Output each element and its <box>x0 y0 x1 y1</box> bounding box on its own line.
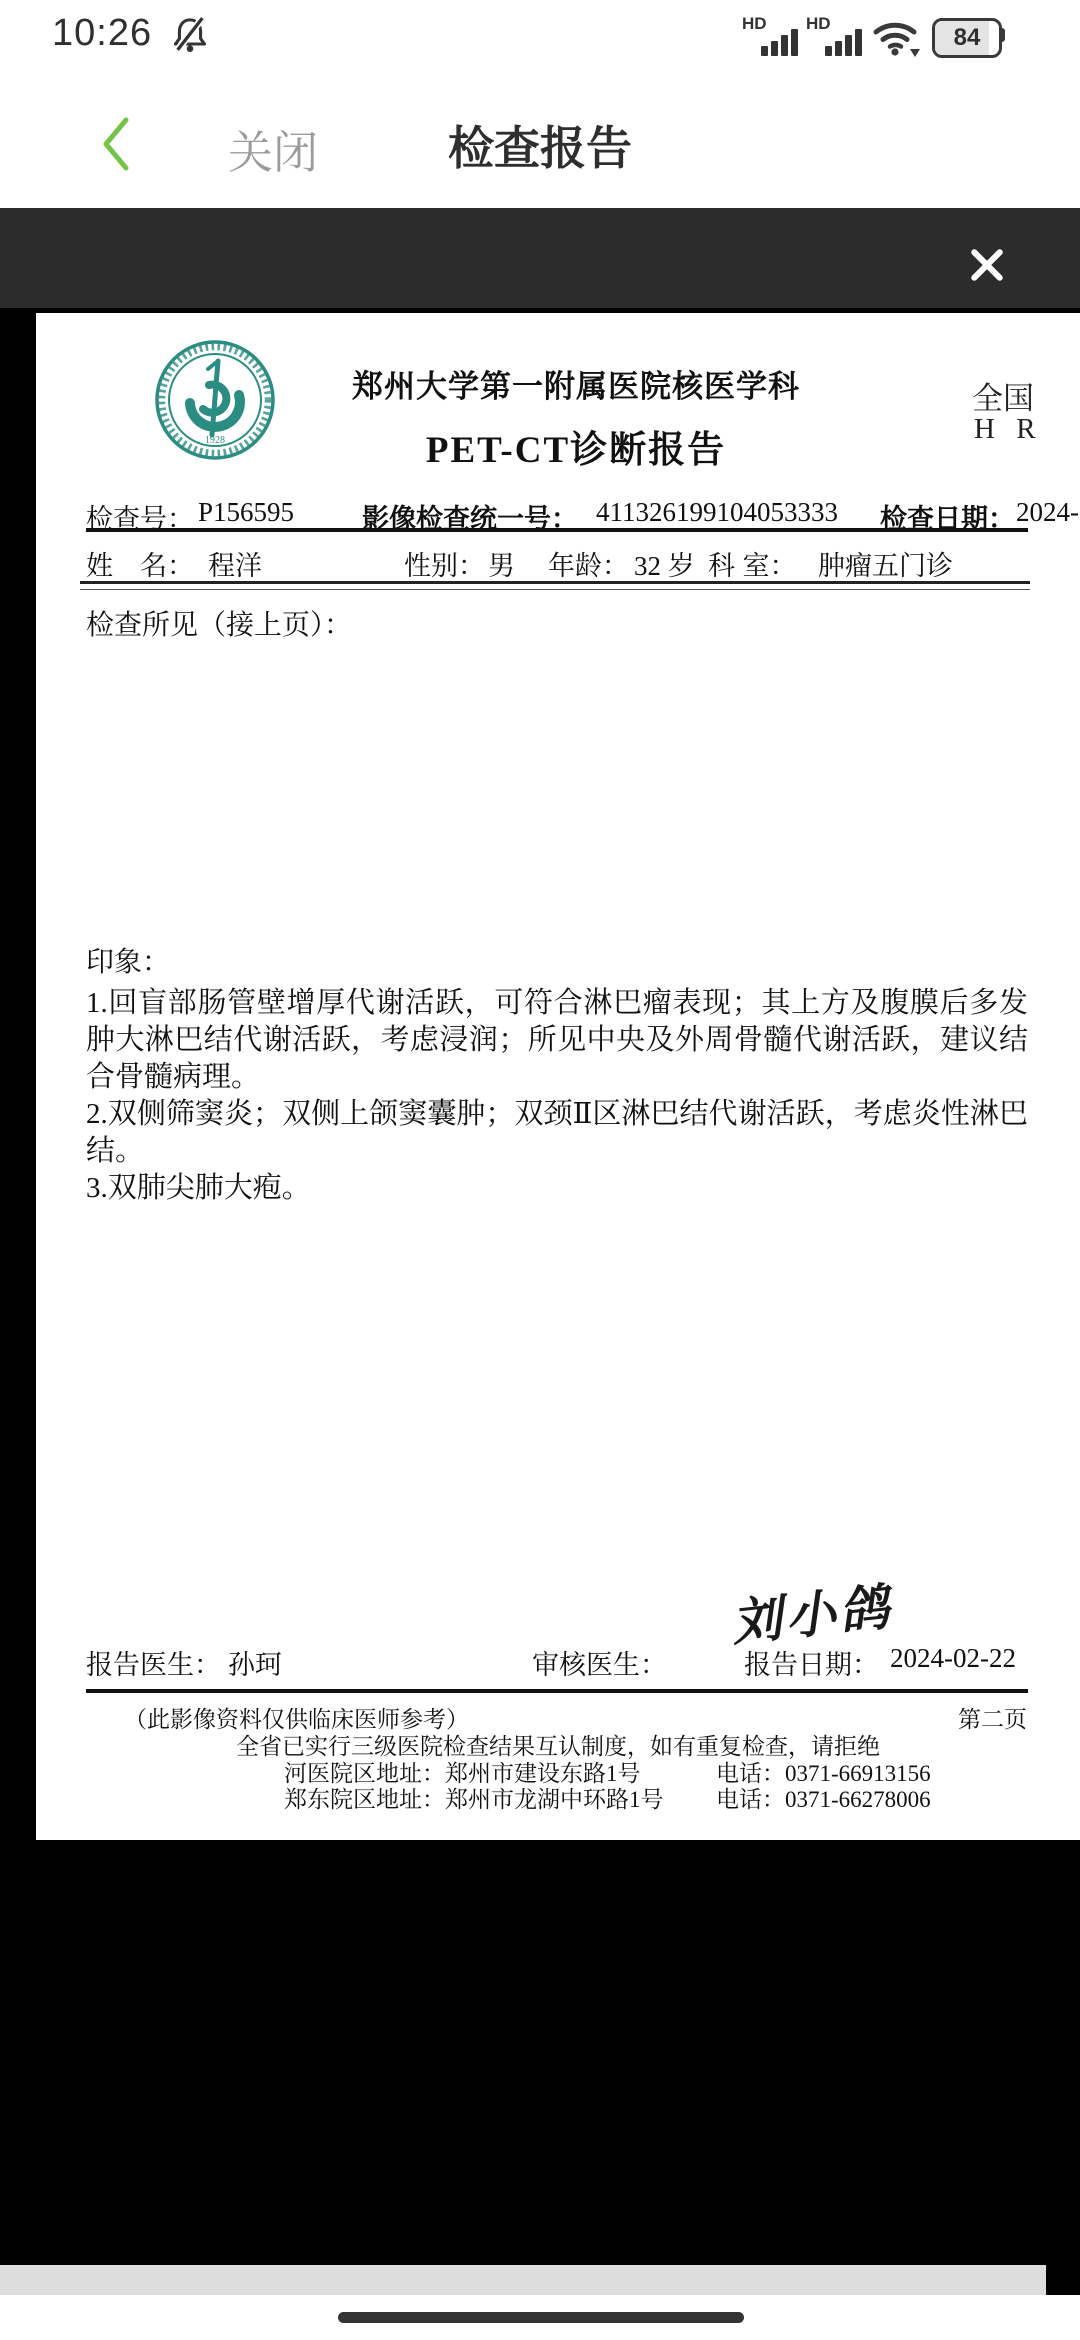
review-doctor-label: 审核医生： <box>532 1643 667 1682</box>
cell-signal-icon: HD <box>806 16 864 58</box>
dept-label: 科 室： <box>708 544 797 583</box>
report-date-value: 2024-02-22 <box>890 1643 1016 1674</box>
close-x-icon[interactable] <box>962 240 1010 288</box>
stamp-line2: H R <box>974 413 1043 446</box>
image-no-value: 411326199104053333 <box>596 497 838 528</box>
report-header-title: 郑州大学第一附属医院核医学科 PET-CT诊断报告 <box>336 361 816 473</box>
gender-value: 男 <box>488 544 515 583</box>
impression-item: 3.双肺尖肺大疱。 <box>86 1170 1028 1207</box>
battery-icon: 84 <box>932 18 1002 58</box>
wifi-icon <box>872 18 920 58</box>
hospital-name: 郑州大学第一附属医院核医学科 <box>336 361 816 406</box>
dept-value: 肿瘤五门诊 <box>818 544 953 583</box>
viewer-bottom-strip <box>0 2265 1046 2295</box>
findings-label: 检查所见（接上页）： <box>86 603 352 643</box>
image-viewer-toolbar <box>0 208 1080 308</box>
rule-thick-2 <box>86 1689 1028 1693</box>
hospital-logo: 1928 <box>154 339 276 461</box>
age-value: 32 岁 <box>634 544 695 583</box>
impression-item: 2.双侧筛窦炎；双侧上颌窦囊肿；双颈Ⅱ区淋巴结代谢活跃，考虑炎性淋巴结。 <box>86 1096 1028 1170</box>
page-title: 检查报告 <box>0 112 1080 178</box>
gender-label: 性别： <box>404 544 485 583</box>
age-label: 年龄： <box>548 544 629 583</box>
report-document[interactable]: 1928 郑州大学第一附属医院核医学科 PET-CT诊断报告 全国 H R 检查… <box>36 313 1080 1840</box>
report-doctor-label: 报告医生： <box>86 1643 221 1682</box>
footer-address-2: 郑东院区地址：郑州市龙湖中环路1号 <box>284 1781 664 1814</box>
name-value: 程洋 <box>208 544 262 583</box>
cell-signal-icon: HD <box>742 16 800 58</box>
impression-label: 印象： <box>86 940 170 980</box>
exam-date-value: 2024-02-22 <box>1016 497 1080 528</box>
battery-nub <box>1000 28 1005 42</box>
report-doctor-name: 孙珂 <box>228 1643 282 1682</box>
impression-item: 1.回盲部肠管壁增厚代谢活跃，可符合淋巴瘤表现；其上方及腹膜后多发肿大淋巴结代谢… <box>86 985 1028 1096</box>
exam-no-value: P156595 <box>198 497 294 528</box>
bell-slash-icon <box>170 14 210 54</box>
clock: 10:26 <box>52 12 152 55</box>
footer-tel-2: 电话：0371-66278006 <box>716 1781 931 1814</box>
name-label: 姓 名： <box>86 544 194 583</box>
rule-double-top <box>80 581 1030 584</box>
handwritten-signature: 刘小鸽 <box>728 1567 897 1656</box>
impression-body: 1.回盲部肠管壁增厚代谢活跃，可符合淋巴瘤表现；其上方及腹膜后多发肿大淋巴结代谢… <box>86 985 1028 1207</box>
battery-percent: 84 <box>954 24 981 52</box>
report-type: PET-CT诊断报告 <box>336 419 816 473</box>
rule-double-bottom <box>80 589 1030 590</box>
logo-year: 1928 <box>205 435 225 446</box>
rule-thick-1 <box>86 528 1028 532</box>
stamp-line1: 全国 <box>972 373 1034 418</box>
gesture-bar[interactable] <box>338 2312 744 2323</box>
